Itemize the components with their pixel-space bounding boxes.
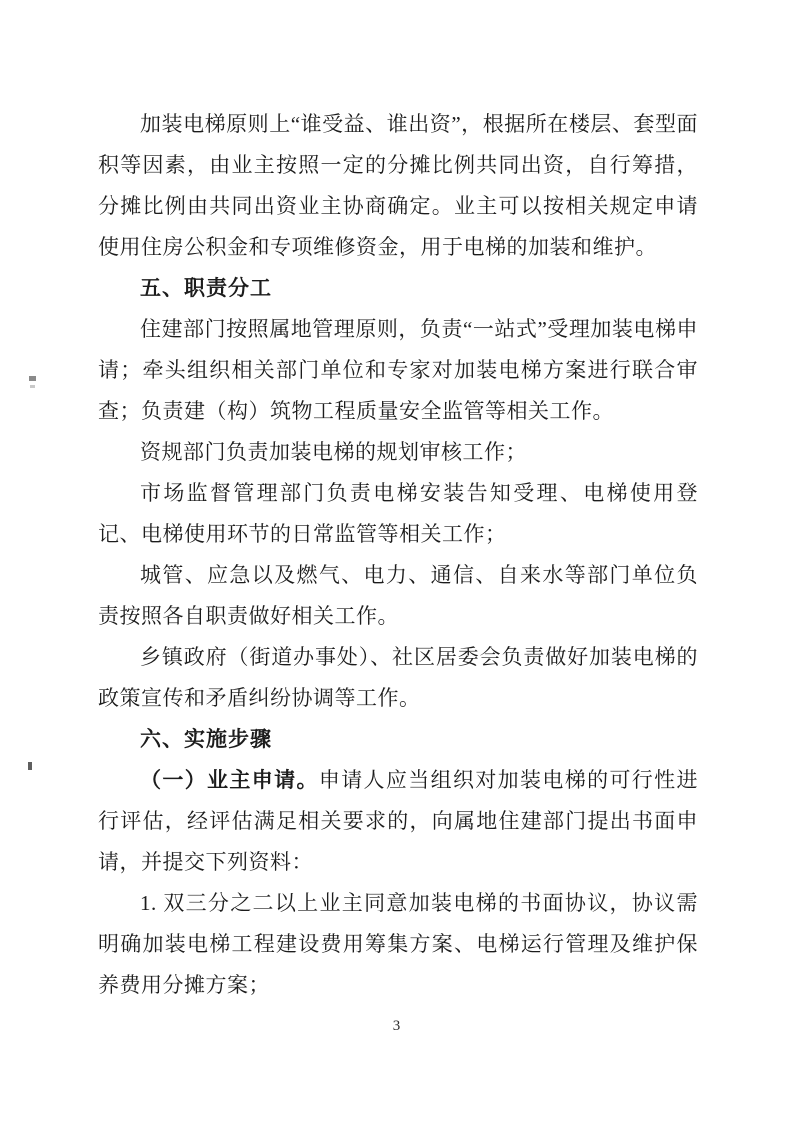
document-body: 加装电梯原则上“谁受益、谁出资”，根据所在楼层、套型面积等因素，由业主按照一定的…: [98, 104, 698, 1006]
section-heading-duties: 五、职责分工: [98, 268, 698, 309]
page-number: 3: [0, 1018, 793, 1035]
scan-speck-icon: [28, 762, 32, 770]
paragraph-item-1-agreement: 1. 双三分之二以上业主同意加装电梯的书面协议，协议需明确加装电梯工程建设费用筹…: [98, 883, 698, 1006]
scan-speck-icon: [29, 376, 36, 381]
paragraph-owner-application: （一）业主申请。申请人应当组织对加装电梯的可行性进行评估，经评估满足相关要求的，…: [98, 760, 698, 883]
paragraph-market-regulation-dept: 市场监督管理部门负责电梯安装告知受理、电梯使用登记、电梯使用环节的日常监管等相关…: [98, 473, 698, 555]
paragraph-housing-dept: 住建部门按照属地管理原则，负责“一站式”受理加装电梯申请；牵头组织相关部门单位和…: [98, 309, 698, 432]
paragraph-lead-owner-application: （一）业主申请。: [140, 769, 319, 792]
paragraph-utility-depts: 城管、应急以及燃气、电力、通信、自来水等部门单位负责按照各自职责做好相关工作。: [98, 555, 698, 637]
section-heading-implementation-steps: 六、实施步骤: [98, 719, 698, 760]
paragraph-planning-dept: 资规部门负责加装电梯的规划审核工作；: [98, 432, 698, 473]
paragraph-funding: 加装电梯原则上“谁受益、谁出资”，根据所在楼层、套型面积等因素，由业主按照一定的…: [98, 104, 698, 268]
paragraph-township-gov: 乡镇政府（街道办事处）、社区居委会负责做好加装电梯的政策宣传和矛盾纠纷协调等工作…: [98, 637, 698, 719]
document-page: 加装电梯原则上“谁受益、谁出资”，根据所在楼层、套型面积等因素，由业主按照一定的…: [0, 0, 793, 1122]
